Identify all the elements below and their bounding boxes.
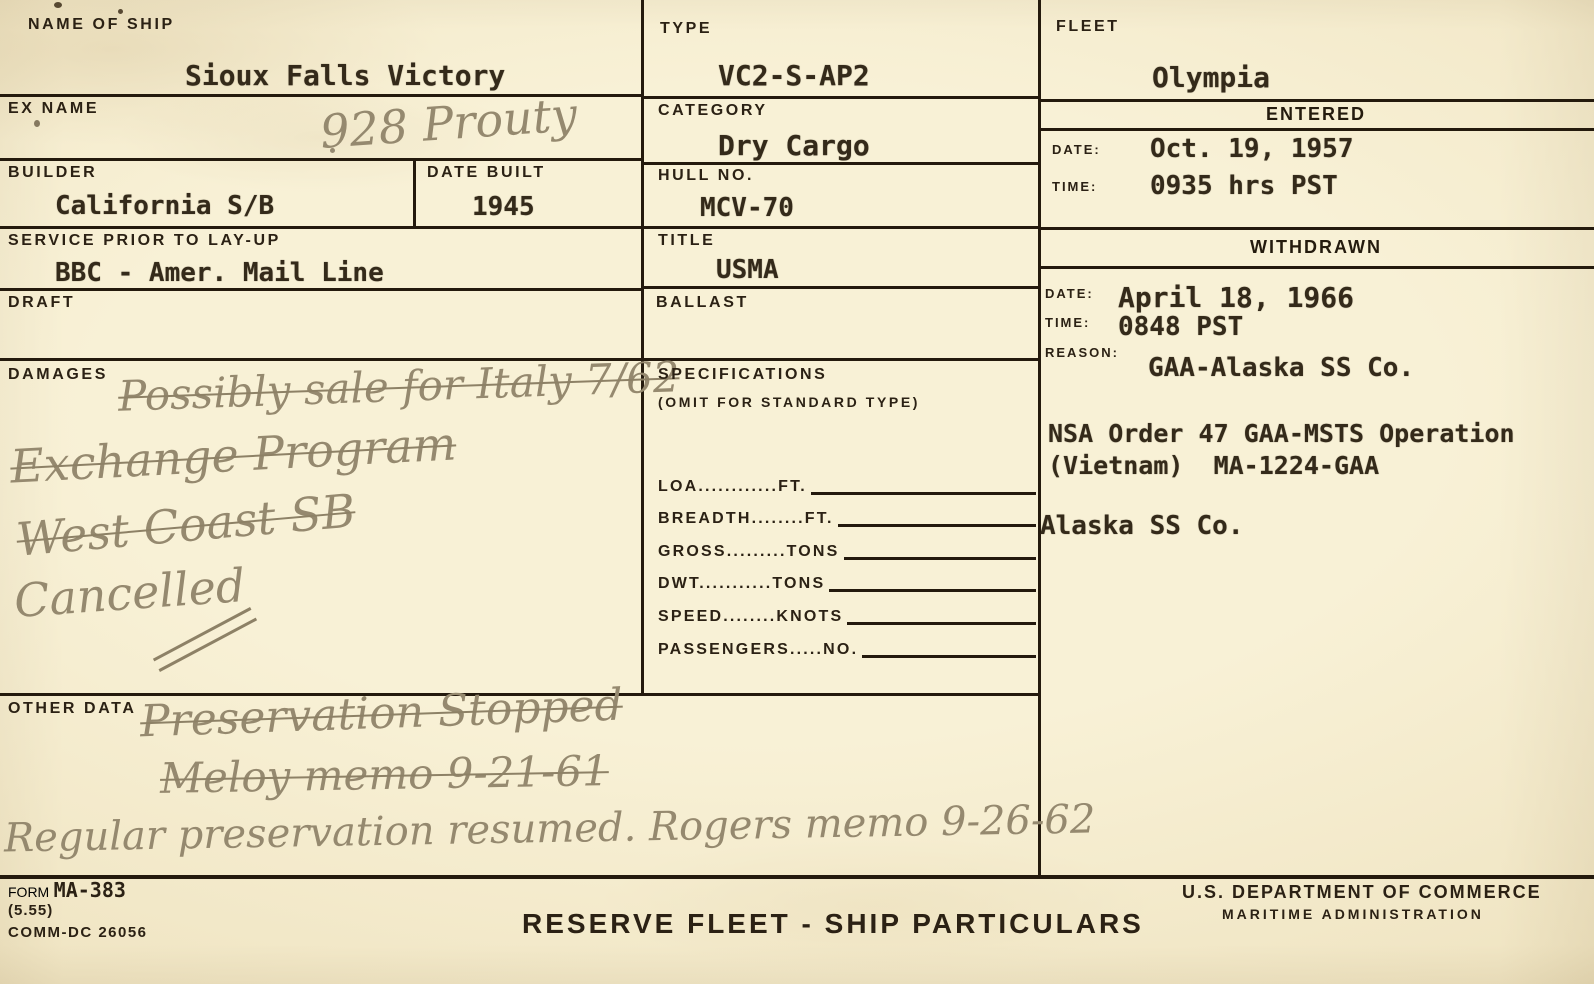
- builder-datebuilt-divider: [413, 158, 416, 229]
- form-number-block: FORM MA-383: [8, 880, 126, 902]
- right-note: (Vietnam) MA-1224-GAA: [1048, 450, 1379, 481]
- specifications-note: (OMIT FOR STANDARD TYPE): [658, 394, 920, 410]
- spec-row-label: BREADTH........FT.: [658, 511, 834, 527]
- right-note: NSA Order 47 GAA-MSTS Operation: [1048, 418, 1515, 449]
- form-code: COMM-DC 26056: [8, 924, 148, 941]
- agency-name: U.S. DEPARTMENT OF COMMERCE: [1182, 882, 1542, 903]
- other-data-label: OTHER DATA: [8, 700, 137, 718]
- withdrawn-date-value: April 18, 1966: [1118, 280, 1354, 315]
- agency-subname: MARITIME ADMINISTRATION: [1222, 906, 1484, 922]
- category-value: Dry Cargo: [718, 128, 870, 163]
- damages-note: Possibly sale for Italy 7/62: [117, 352, 680, 421]
- spec-row-label: GROSS.........TONS: [658, 544, 840, 560]
- spec-row-passengers: PASSENGERS.....NO.: [658, 641, 1036, 658]
- paper-speck: [34, 120, 40, 127]
- type-value: VC2-S-AP2: [718, 58, 870, 93]
- spec-blank-line: [847, 608, 1036, 625]
- spec-row-label: SPEED........KNOTS: [658, 609, 843, 625]
- other-data-note: Meloy memo 9-21-61: [160, 746, 610, 803]
- entered-date-label: DATE:: [1052, 143, 1101, 156]
- type-label: TYPE: [660, 20, 712, 38]
- name-of-ship-label: NAME OF SHIP: [28, 16, 175, 34]
- withdrawn-reason-value: GAA-Alaska SS Co.: [1148, 352, 1414, 385]
- paper-speck: [54, 2, 62, 8]
- paper-speck: [118, 9, 123, 14]
- category-label: CATEGORY: [658, 102, 768, 120]
- entered-time-value: 0935 hrs PST: [1150, 170, 1338, 203]
- card-bottom-rule: [0, 875, 1594, 879]
- spec-row-label: PASSENGERS.....NO.: [658, 642, 858, 658]
- ex-name-handwritten: 928 Prouty: [318, 87, 578, 159]
- ballast-label: BALLAST: [656, 294, 749, 312]
- column-divider-left: [641, 0, 644, 695]
- ship-particulars-card: NAME OF SHIP Sioux Falls Victory EX NAME…: [0, 0, 1594, 984]
- specifications-label: SPECIFICATIONS: [658, 366, 827, 384]
- damages-note: Cancelled: [12, 558, 247, 628]
- withdrawn-time-label: TIME:: [1045, 316, 1090, 329]
- withdrawn-reason-label: REASON:: [1045, 346, 1119, 359]
- entered-date-value: Oct. 19, 1957: [1150, 133, 1354, 166]
- spec-row-breadth: BREADTH........FT.: [658, 510, 1036, 527]
- title-label: TITLE: [658, 232, 715, 250]
- spec-blank-line: [844, 543, 1036, 560]
- other-data-note: Preservation Stopped: [139, 680, 623, 748]
- builder-label: BUILDER: [8, 164, 97, 182]
- ruled-line: [1038, 99, 1594, 102]
- service-prior-label: SERVICE PRIOR TO LAY-UP: [8, 232, 281, 250]
- spec-row-gross: GROSS.........TONS: [658, 543, 1036, 560]
- fleet-value: Olympia: [1152, 60, 1270, 95]
- right-note: Alaska SS Co.: [1040, 510, 1244, 543]
- spec-row-loa: LOA............FT.: [658, 478, 1036, 495]
- fleet-label: FLEET: [1056, 18, 1120, 36]
- spec-row-speed: SPEED........KNOTS: [658, 608, 1036, 625]
- date-built-label: DATE BUILT: [427, 164, 546, 182]
- damages-label: DAMAGES: [8, 366, 108, 384]
- ex-name-label: EX NAME: [8, 100, 99, 118]
- spec-row-label: LOA............FT.: [658, 479, 807, 495]
- ruled-line: [1038, 227, 1594, 230]
- entered-header: ENTERED: [1038, 105, 1594, 123]
- ruled-line: [1038, 128, 1594, 131]
- name-of-ship-value: Sioux Falls Victory: [185, 58, 505, 93]
- ruled-line: [641, 286, 1041, 289]
- spec-row-dwt: DWT...........TONS: [658, 575, 1036, 592]
- withdrawn-date-label: DATE:: [1045, 287, 1094, 300]
- other-data-note: Regular preservation resumed. Rogers mem…: [4, 796, 1096, 861]
- spec-blank-line: [862, 641, 1036, 658]
- withdrawn-header: WITHDRAWN: [1038, 238, 1594, 256]
- ruled-line: [641, 358, 1041, 361]
- hull-no-value: MCV-70: [700, 192, 794, 225]
- spec-blank-line: [829, 575, 1036, 592]
- footer-title: RESERVE FLEET - SHIP PARTICULARS: [522, 908, 1144, 940]
- spec-blank-line: [838, 510, 1036, 527]
- hull-no-label: HULL NO.: [658, 167, 754, 185]
- draft-label: DRAFT: [8, 294, 75, 312]
- column-divider-right: [1038, 0, 1041, 878]
- title-value: USMA: [716, 254, 779, 287]
- ruled-line: [0, 226, 644, 229]
- form-revision: (5.55): [8, 902, 53, 919]
- service-prior-value: BBC - Amer. Mail Line: [55, 257, 384, 290]
- date-built-value: 1945: [472, 191, 535, 224]
- ruled-line: [641, 96, 1041, 99]
- form-label: FORM: [8, 884, 49, 900]
- form-number: MA-383: [54, 878, 126, 902]
- withdrawn-time-value: 0848 PST: [1118, 311, 1243, 344]
- entered-time-label: TIME:: [1052, 180, 1097, 193]
- ruled-line: [1038, 266, 1594, 269]
- damages-note: West Coast SB: [14, 483, 357, 566]
- builder-value: California S/B: [55, 190, 274, 223]
- damages-note: Exchange Program: [9, 416, 458, 493]
- ruled-line: [641, 226, 1041, 229]
- spec-blank-line: [811, 478, 1036, 495]
- spec-row-label: DWT...........TONS: [658, 576, 825, 592]
